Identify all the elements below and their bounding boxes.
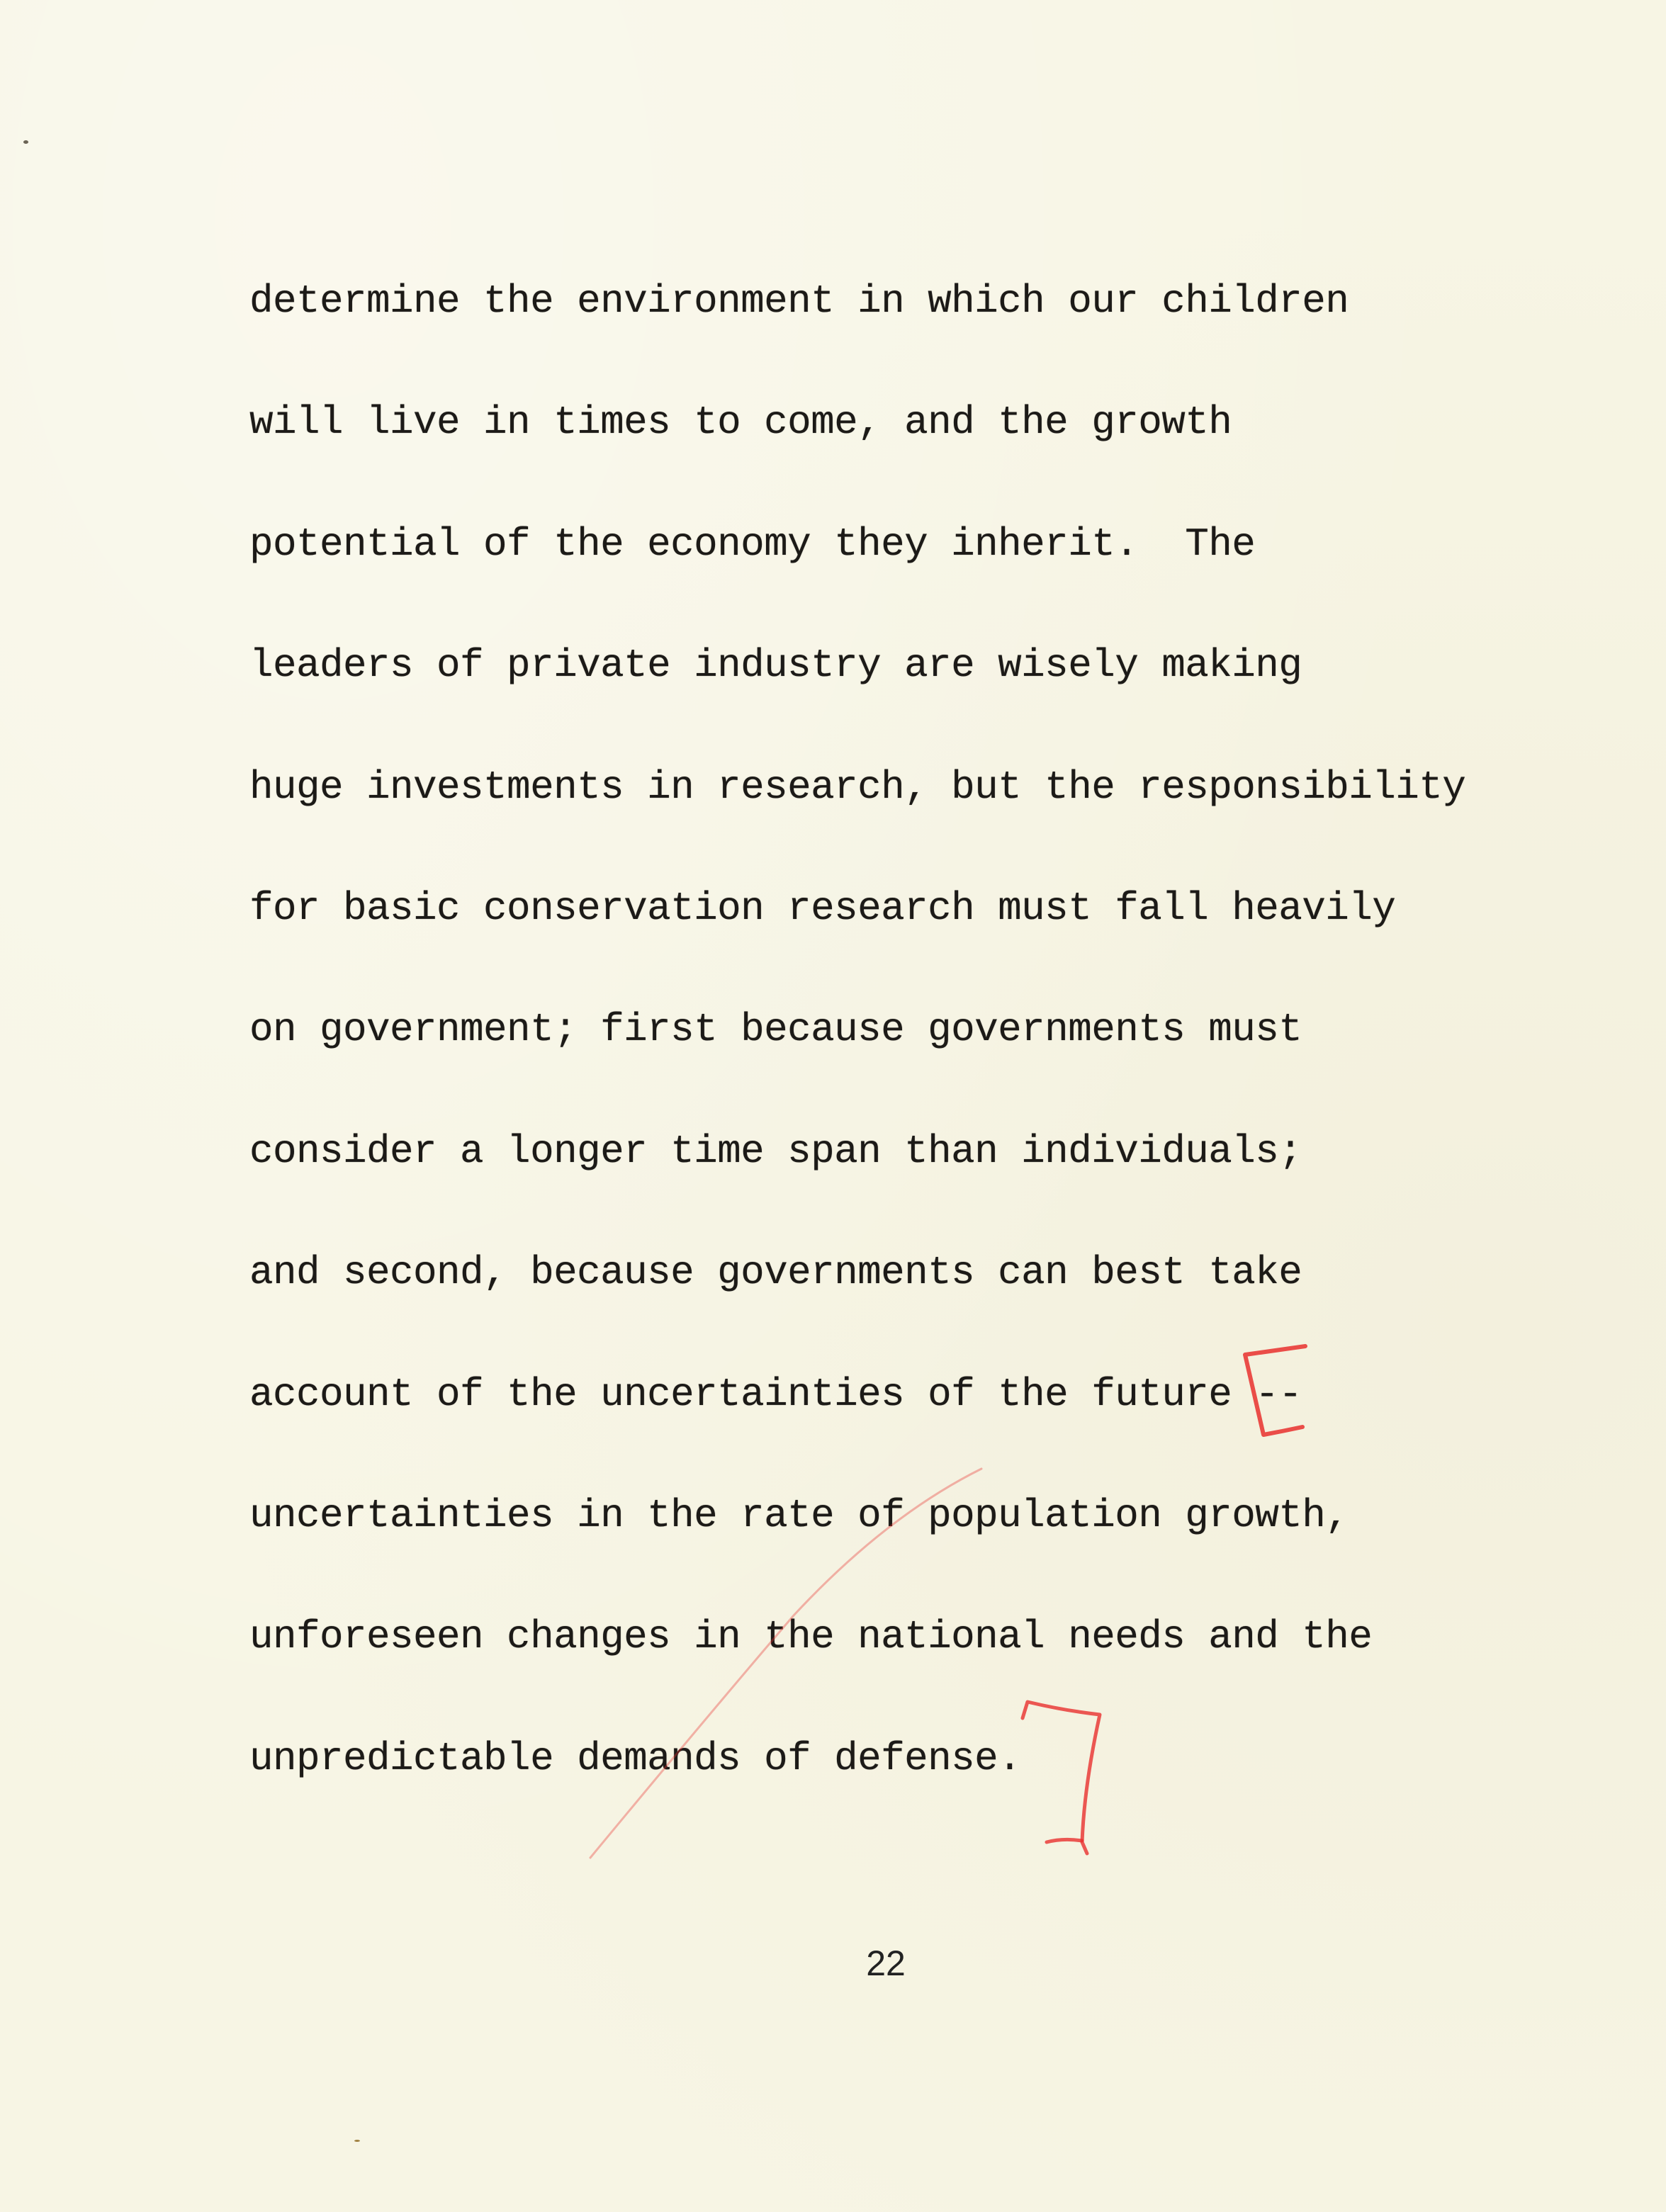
text-line: and second, because governments can best… — [249, 1251, 1465, 1372]
typed-body-text: determine the environment in which our c… — [249, 280, 1465, 1858]
text-line: uncertainties in the rate of population … — [249, 1494, 1465, 1615]
text-line: potential of the economy they inherit. T… — [249, 523, 1465, 644]
text-line: account of the uncertainties of the futu… — [249, 1373, 1465, 1494]
text-line: unpredictable demands of defense. — [249, 1737, 1465, 1858]
page-number: 22 — [0, 1943, 1666, 1984]
text-line: huge investments in research, but the re… — [249, 766, 1465, 887]
text-line: will live in times to come, and the grow… — [249, 401, 1465, 522]
text-line: leaders of private industry are wisely m… — [249, 644, 1465, 765]
text-line: determine the environment in which our c… — [249, 280, 1465, 401]
text-line: consider a longer time span than individ… — [249, 1130, 1465, 1251]
paper-speck — [354, 2140, 360, 2142]
text-line: unforeseen changes in the national needs… — [249, 1615, 1465, 1737]
text-line: on government; first because governments… — [249, 1008, 1465, 1129]
text-line: for basic conservation research must fal… — [249, 887, 1465, 1008]
paper-speck — [23, 140, 28, 144]
